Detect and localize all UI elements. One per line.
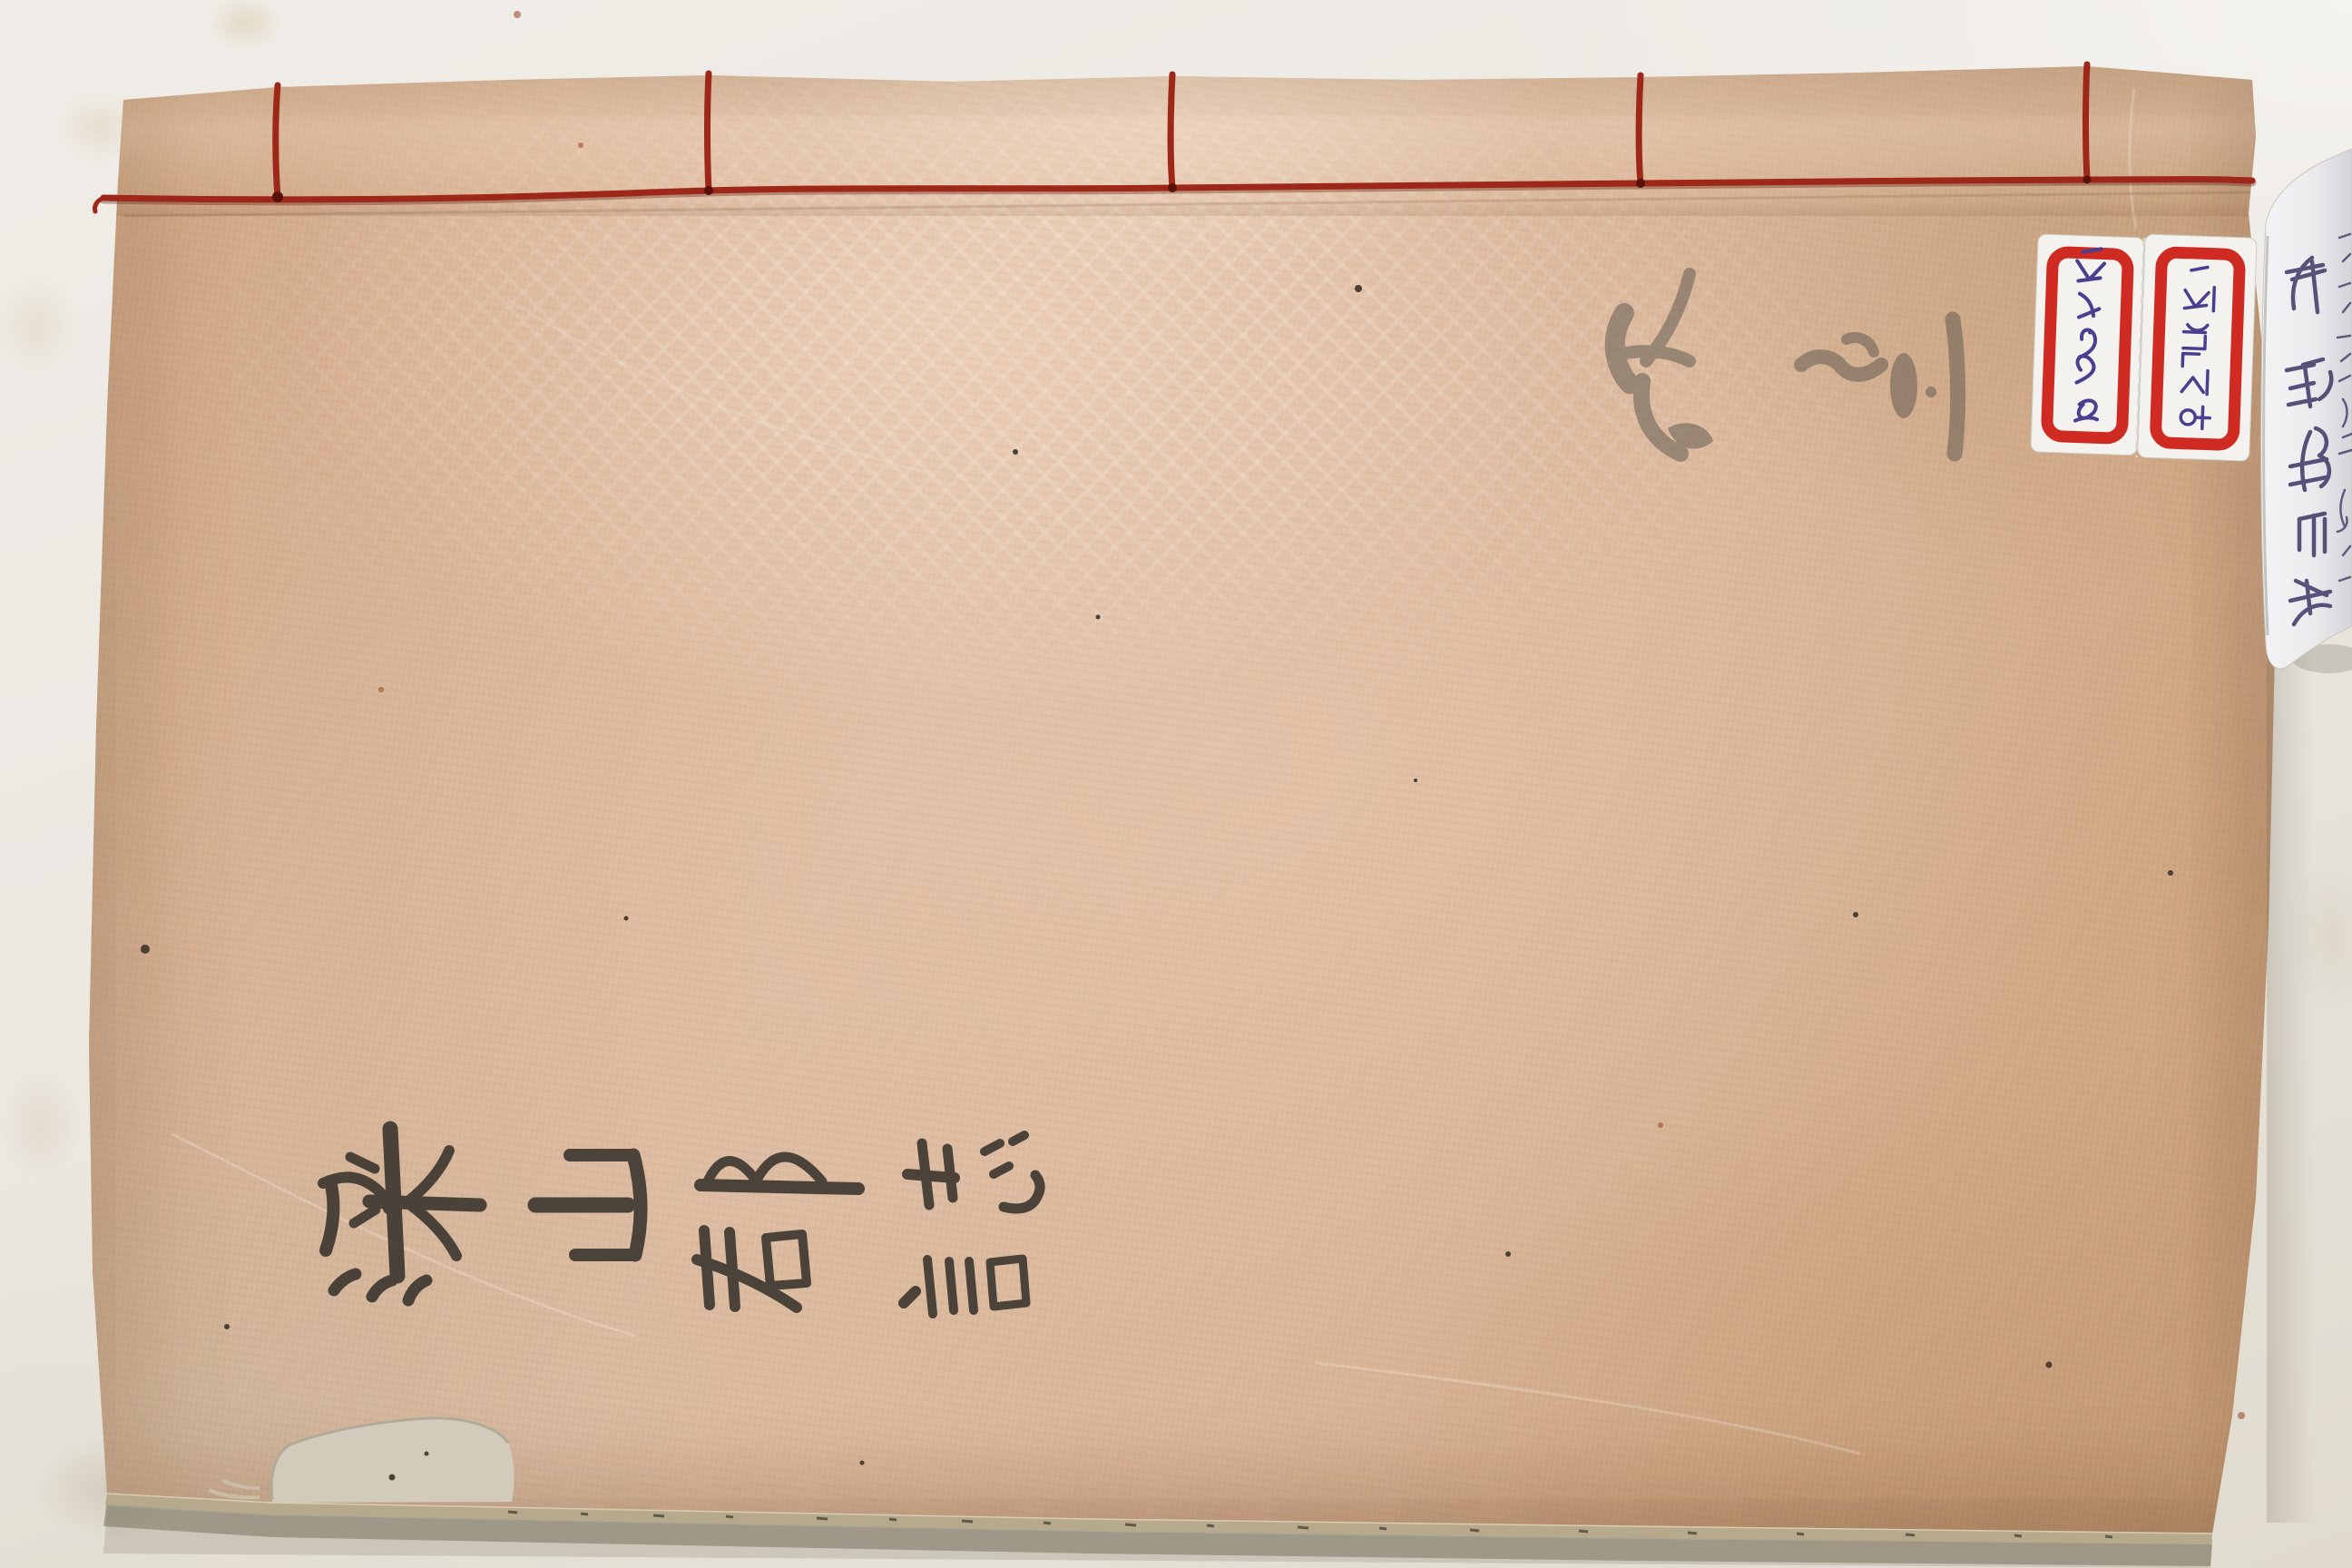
- binding-thread: [94, 64, 2252, 211]
- paper-strip: [2261, 149, 2352, 673]
- calligraphy-char-3: [697, 1157, 858, 1308]
- calligraphy-char-2: [535, 1155, 641, 1255]
- faded-ink-mark: [1613, 274, 1958, 454]
- cover-creases: [123, 89, 2250, 1454]
- calligraphy-char-4: [904, 1135, 1040, 1314]
- photo-scene: [0, 0, 2352, 1568]
- catalog-stickers: [2031, 230, 2257, 461]
- photo-detail-overlay: [0, 0, 2352, 1568]
- peeled-cover-patch: [209, 1418, 514, 1503]
- calligraphy-char-1: [323, 1129, 480, 1300]
- cover-title-calligraphy: [323, 1129, 1040, 1314]
